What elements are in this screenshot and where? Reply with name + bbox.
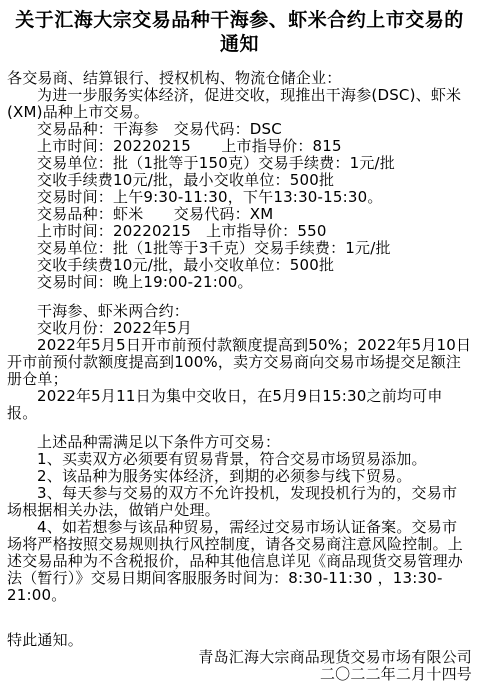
condition-1: 1、买卖双方必须要有贸易背景，符合交易市场贸易添加。	[7, 451, 472, 468]
prepayment-paragraph: 2022年5月5日开市前预付款额度提高到50%；2022年5月10日开市前预付款…	[7, 337, 472, 388]
closing-line: 特此通知。	[7, 632, 472, 649]
dsc-unit-line: 交易单位：批（1批等于150克）交易手续费：1元/批	[7, 155, 472, 172]
delivery-day-paragraph: 2022年5月11日为集中交收日，在5月9日15:30之前均可申报。	[7, 388, 472, 422]
xm-variety-line: 交易品种：虾米 交易代码：XM	[7, 206, 472, 223]
xm-hours-line: 交易时间：晚上19:00-21:00。	[7, 274, 472, 291]
signature-company: 青岛汇海大宗商品现货交易市场有限公司	[7, 649, 472, 666]
condition-3: 3、每天参与交易的双方不允许投机，发现投机行为的，交易市场根据相关办法，做销户处…	[7, 485, 472, 519]
xm-listing-line: 上市时间：20220215 上市指导价：550	[7, 223, 472, 240]
condition-4: 4、如若想参与该品种贸易，需经过交易市场认证备案。交易市场将严格按照交易规则执行…	[7, 519, 472, 604]
dsc-hours-line: 交易时间：上午9:30-11:30，下午13:30-15:30。	[7, 189, 472, 206]
intro-paragraph: 为进一步服务实体经济，促进交收，现推出干海参(DSC)、虾米(XM)品种上市交易…	[7, 87, 472, 121]
xm-delivery-fee-line: 交收手续费10元/批，最小交收单位：500批	[7, 257, 472, 274]
document-body: 各交易商、结算银行、授权机构、物流仓储企业：为进一步服务实体经济，促进交收，现推…	[7, 70, 472, 683]
dsc-listing-line: 上市时间：20220215 上市指导价：815	[7, 138, 472, 155]
conditions-heading: 上述品种需满足以下条件方可交易：	[7, 434, 472, 451]
signature-date: 二〇二二年二月十四号	[7, 666, 472, 683]
notice-document: 关于汇海大宗交易品种干海参、虾米合约上市交易的通知 各交易商、结算银行、授权机构…	[0, 0, 478, 691]
dsc-delivery-fee-line: 交收手续费10元/批，最小交收单位：500批	[7, 172, 472, 189]
document-title: 关于汇海大宗交易品种干海参、虾米合约上市交易的通知	[14, 8, 466, 57]
dsc-variety-line: 交易品种：干海参 交易代码：DSC	[7, 121, 472, 138]
xm-unit-line: 交易单位：批（1批等于3千克）交易手续费：1元/批	[7, 240, 472, 257]
salutation: 各交易商、结算银行、授权机构、物流仓储企业：	[7, 70, 472, 87]
condition-2: 2、该品种为服务实体经济，到期的必须参与线下贸易。	[7, 468, 472, 485]
delivery-month-line: 交收月份：2022年5月	[7, 320, 472, 337]
contracts-heading: 干海参、虾米两合约：	[7, 303, 472, 320]
